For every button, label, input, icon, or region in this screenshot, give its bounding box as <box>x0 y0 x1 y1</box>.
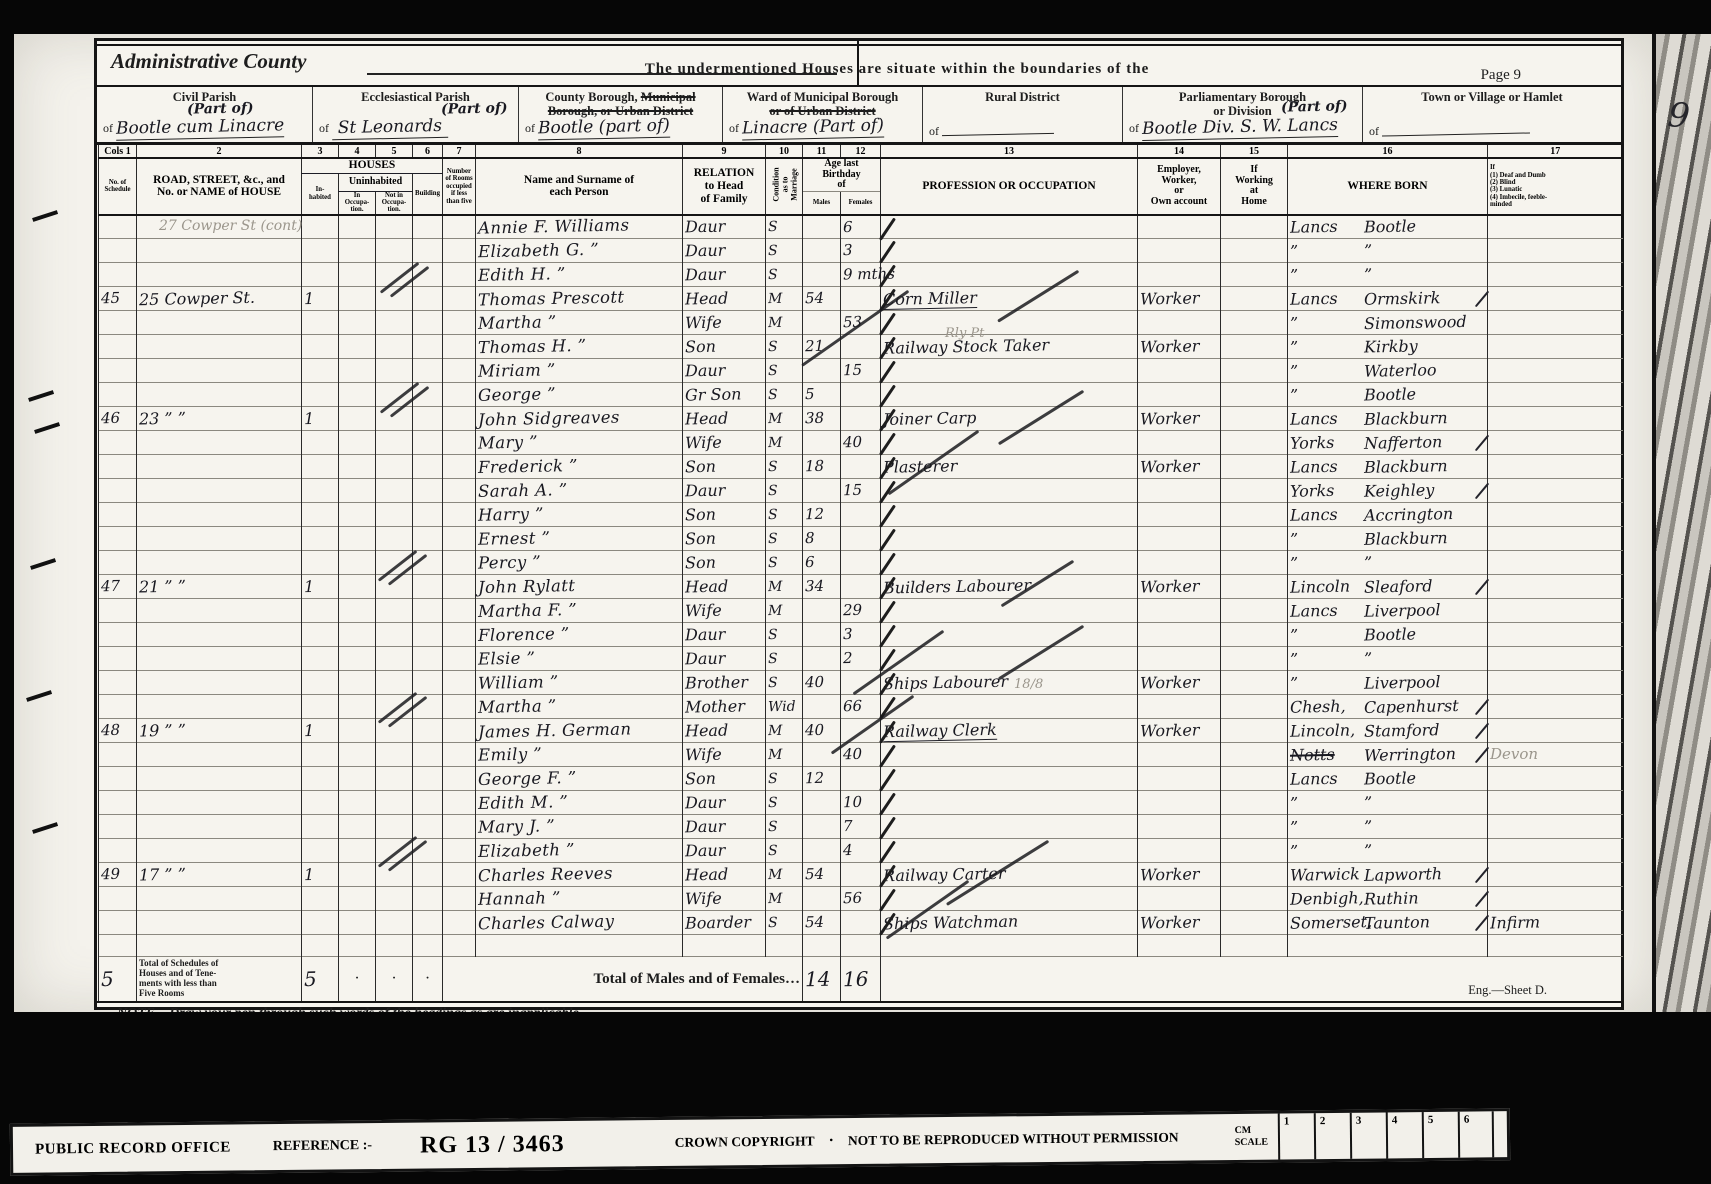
cell-schedule-no <box>99 359 137 383</box>
census-row: Harry ”SonS12LancsAccrington <box>99 503 1623 527</box>
cell-relation: Son <box>683 767 766 791</box>
cell-relation: Daur <box>683 839 766 863</box>
handwritten-entry: Florence ” <box>478 624 570 645</box>
cell-rooms <box>443 479 476 503</box>
cell-occupation <box>881 647 1138 671</box>
cell-name: Charles Calway <box>476 911 683 935</box>
handwritten-entry: S <box>768 555 778 571</box>
cell-building <box>413 791 443 815</box>
scan-right-edge <box>1652 34 1711 1012</box>
eccl-parish-value: St Leonards <box>332 117 448 140</box>
parliamentary-borough-cell: Parliamentary Borough or Division (Part … <box>1123 87 1363 142</box>
handwritten-entry: Elizabeth G. ” <box>478 240 599 262</box>
handwritten-entry: Head <box>685 408 729 428</box>
spacer-cell <box>1488 935 1623 957</box>
handwritten-entry: S <box>768 675 778 691</box>
cell-occupation: Plasterer <box>881 455 1138 479</box>
census-row: Charles CalwayBoarderS54Ships WatchmanWo… <box>99 911 1623 935</box>
cell-relation: Son <box>683 551 766 575</box>
census-row: Mary J. ”DaurS7”” <box>99 815 1623 839</box>
of-label: of <box>1129 121 1139 135</box>
handwritten-entry: Thomas Prescott <box>478 287 625 309</box>
cell-where-born: Lincoln,Stamford <box>1288 719 1488 743</box>
cell-address: 19 ” ” <box>137 719 302 743</box>
cell-schedule-no <box>99 383 137 407</box>
ward-cell: Ward of Municipal Borough or of Urban Di… <box>723 87 923 142</box>
cell-name: John Sidgreaves <box>476 407 683 431</box>
handwritten-entry: M <box>768 411 783 427</box>
handwritten-entry: 12 <box>805 505 824 523</box>
cell-address: 27 Cowper St (cont) <box>137 215 302 239</box>
cell-schedule-no <box>99 503 137 527</box>
handwritten-entry: S <box>768 843 778 859</box>
handwritten-entry: Ships Labourer <box>883 672 1008 694</box>
handwritten-entry: 25 Cowper St. <box>139 288 255 309</box>
cell-working-at-home <box>1221 911 1288 935</box>
cell-occupation <box>881 239 1138 263</box>
cell-condition: S <box>766 551 803 575</box>
town-village-label: Town or Village or Hamlet <box>1421 90 1562 104</box>
cell-uninhabited-not-occ <box>376 767 413 791</box>
cell-rooms <box>443 863 476 887</box>
handwritten-entry: ” <box>1290 360 1364 381</box>
cell-where-born: YorksNafferton <box>1288 431 1488 455</box>
handwritten-entry: Bootle <box>1364 624 1416 644</box>
ruler-segment: 5 <box>1422 1112 1458 1158</box>
cell-age-male <box>803 815 841 839</box>
cell-age-male <box>803 647 841 671</box>
header-where-born: WHERE BORN <box>1288 158 1488 215</box>
column-number: 10 <box>766 145 803 158</box>
cell-age-male: 18 <box>803 455 841 479</box>
pencil-annotation: Rly Pt <box>945 326 984 341</box>
cell-occupation <box>881 263 1138 287</box>
cell-uninhabited-not-occ <box>376 647 413 671</box>
county-borough-label: County Borough, <box>545 90 637 104</box>
cell-uninhabited-in-occ <box>339 431 376 455</box>
cell-relation: Wife <box>683 743 766 767</box>
cell-name: Percy ” <box>476 551 683 575</box>
cell-age-male <box>803 839 841 863</box>
cell-rooms <box>443 215 476 239</box>
handwritten-entry: Wife <box>685 313 722 333</box>
parl-value: Bootle Div. S. W. Lancs <box>1142 116 1338 141</box>
cell-inhabited <box>302 815 339 839</box>
cell-address <box>137 455 302 479</box>
cell-age-male: 54 <box>803 863 841 887</box>
header-admin-band: Administrative County The undermentioned… <box>97 41 1621 87</box>
census-row: 4525 Cowper St.1Thomas PrescottHeadM54Co… <box>99 287 1623 311</box>
handwritten-entry: Gr Son <box>685 384 742 404</box>
scan-artifact <box>28 390 54 401</box>
column-number: 7 <box>443 145 476 158</box>
cell-occupation <box>881 383 1138 407</box>
handwritten-entry: 17 ” ” <box>139 864 186 884</box>
cell-rooms <box>443 527 476 551</box>
cell-name: Ernest ” <box>476 527 683 551</box>
cell-building <box>413 239 443 263</box>
cell-schedule-no <box>99 887 137 911</box>
cell-building <box>413 335 443 359</box>
column-number: 11 <box>803 145 841 158</box>
column-number: 9 <box>683 145 766 158</box>
cell-condition: S <box>766 455 803 479</box>
ruler-segment: 4 <box>1386 1112 1422 1158</box>
header-not-in-occupation: Not in Occupa- tion. <box>376 191 413 215</box>
header-in-occupation: In Occupa- tion. <box>339 191 376 215</box>
handwritten-entry: ” <box>1364 841 1373 860</box>
cell-inhabited <box>302 887 339 911</box>
handwritten-entry: Percy ” <box>478 552 541 572</box>
cell-uninhabited-in-occ <box>339 887 376 911</box>
cell-infirmity <box>1488 695 1623 719</box>
census-row: William ”BrotherS40Ships Labourer18/8Wor… <box>99 671 1623 695</box>
cell-employer <box>1138 767 1221 791</box>
cell-occupation <box>881 839 1138 863</box>
cell-condition: S <box>766 647 803 671</box>
scan-artifact <box>32 210 58 221</box>
totals-left-label: Total of Schedules of Houses and of Tene… <box>137 957 302 1001</box>
cell-name: Elizabeth ” <box>476 839 683 863</box>
spacer-cell <box>413 935 443 957</box>
handwritten-entry: Daur <box>685 840 726 860</box>
cell-building <box>413 431 443 455</box>
spacer-cell <box>1288 935 1488 957</box>
cell-where-born: Somerset,Taunton <box>1288 911 1488 935</box>
cell-working-at-home <box>1221 551 1288 575</box>
cell-schedule-no <box>99 335 137 359</box>
cell-address <box>137 383 302 407</box>
cell-occupation: Railway Stock TakerRly Pt <box>881 335 1138 359</box>
cell-building <box>413 887 443 911</box>
handwritten-entry: John Sidgreaves <box>478 407 620 429</box>
cell-employer: Worker <box>1138 575 1221 599</box>
cell-employer <box>1138 599 1221 623</box>
cell-relation: Son <box>683 527 766 551</box>
handwritten-entry: 4 <box>843 841 853 859</box>
cell-relation: Wife <box>683 887 766 911</box>
spacer-cell <box>443 935 476 957</box>
handwritten-entry: 5 <box>805 385 815 403</box>
cell-address <box>137 311 302 335</box>
handwritten-entry: 38 <box>805 409 824 427</box>
cell-schedule-no <box>99 791 137 815</box>
handwritten-entry: 40 <box>843 433 862 451</box>
cell-employer <box>1138 647 1221 671</box>
header-condition: Condition as to Marriage <box>766 158 803 215</box>
cell-employer: Worker <box>1138 407 1221 431</box>
handwritten-entry: S <box>768 363 778 379</box>
cell-inhabited <box>302 599 339 623</box>
handwritten-entry: 45 <box>101 289 120 307</box>
cell-working-at-home <box>1221 527 1288 551</box>
cell-employer <box>1138 311 1221 335</box>
handwritten-entry: Keighley <box>1364 480 1435 500</box>
header-schedule-no: No. of Schedule <box>99 158 137 215</box>
cell-uninhabited-not-occ <box>376 311 413 335</box>
cell-working-at-home <box>1221 719 1288 743</box>
cell-where-born: ”Simonswood <box>1288 311 1488 335</box>
cell-where-born: WarwickLapworth <box>1288 863 1488 887</box>
cell-age-female: 56 <box>841 887 881 911</box>
cell-name: George F. ” <box>476 767 683 791</box>
cell-inhabited <box>302 335 339 359</box>
cell-working-at-home <box>1221 407 1288 431</box>
cell-age-male <box>803 431 841 455</box>
handwritten-entry: Worker <box>1140 720 1200 740</box>
handwritten-entry: Head <box>685 288 729 308</box>
handwritten-entry: 23 ” ” <box>139 408 186 428</box>
handwritten-entry: Bootle <box>1364 768 1416 788</box>
of-label: of <box>729 121 739 135</box>
cell-condition: M <box>766 431 803 455</box>
handwritten-entry: Joiner Carp <box>883 408 977 429</box>
handwritten-entry: Mary ” <box>478 432 538 452</box>
cell-building <box>413 503 443 527</box>
scanned-census-page: { "page": { "background": "#060606", "pa… <box>0 0 1711 1184</box>
cell-relation: Son <box>683 503 766 527</box>
cell-inhabited <box>302 383 339 407</box>
spacer-cell <box>1221 935 1288 957</box>
cell-where-born: ”Blackburn <box>1288 527 1488 551</box>
cell-working-at-home <box>1221 839 1288 863</box>
cell-employer: Worker <box>1138 287 1221 311</box>
cell-building <box>413 575 443 599</box>
cell-where-born: LincolnSleaford <box>1288 575 1488 599</box>
handwritten-entry: Daur <box>685 360 726 380</box>
cell-uninhabited-not-occ <box>376 215 413 239</box>
handwritten-entry: M <box>768 747 783 763</box>
census-row: Frederick ”SonS18PlastererWorkerLancsBla… <box>99 455 1623 479</box>
cell-condition: S <box>766 503 803 527</box>
cell-age-female <box>841 407 881 431</box>
cell-name: Edith H. ” <box>476 263 683 287</box>
handwritten-entry: ” <box>1290 384 1364 405</box>
handwritten-entry: S <box>768 771 778 787</box>
column-number: 13 <box>881 145 1138 158</box>
header-rooms: Number of Rooms occupied if less than fi… <box>443 158 476 215</box>
handwritten-entry: S <box>768 483 778 499</box>
handwritten-entry: ” <box>1364 649 1373 668</box>
handwritten-entry: S <box>768 219 778 235</box>
cell-age-female: 7 <box>841 815 881 839</box>
ruler-segment: 1 <box>1278 1113 1314 1159</box>
cell-employer <box>1138 815 1221 839</box>
cell-infirmity <box>1488 503 1623 527</box>
handwritten-entry: Elizabeth ” <box>478 840 575 861</box>
cell-name: Miriam ” <box>476 359 683 383</box>
handwritten-entry: M <box>768 435 783 451</box>
cell-rooms <box>443 839 476 863</box>
cell-rooms <box>443 551 476 575</box>
cell-rooms <box>443 887 476 911</box>
cell-age-male <box>803 311 841 335</box>
cell-where-born: ”Bootle <box>1288 623 1488 647</box>
cell-age-female: 40 <box>841 743 881 767</box>
handwritten-entry: ” <box>1290 816 1364 837</box>
cell-working-at-home <box>1221 335 1288 359</box>
handwritten-entry: 66 <box>843 697 862 715</box>
handwritten-entry: 1 <box>304 577 315 596</box>
county-borough-cell: County Borough, Municipal Borough, or Ur… <box>519 87 723 142</box>
handwritten-entry: Worker <box>1140 408 1200 428</box>
total-males-cell: 14 <box>803 957 841 1001</box>
cell-condition: M <box>766 743 803 767</box>
cell-infirmity <box>1488 887 1623 911</box>
handwritten-entry: 1 <box>304 721 315 740</box>
cell-employer: Worker <box>1138 455 1221 479</box>
cell-building <box>413 359 443 383</box>
column-number: 12 <box>841 145 881 158</box>
cell-uninhabited-not-occ <box>376 335 413 359</box>
cell-name: Sarah A. ” <box>476 479 683 503</box>
cell-where-born: NottsWerrington <box>1288 743 1488 767</box>
spacer-cell <box>339 935 376 957</box>
cell-infirmity <box>1488 551 1623 575</box>
handwritten-entry: ” <box>1364 817 1373 836</box>
handwritten-entry: 46 <box>101 409 120 427</box>
cell-condition: S <box>766 791 803 815</box>
cell-age-male: 6 <box>803 551 841 575</box>
census-form: Administrative County The undermentioned… <box>94 38 1624 1010</box>
cell-address: 25 Cowper St. <box>137 287 302 311</box>
table-header: Cols 1234567891011121314151617 No. of Sc… <box>99 145 1623 215</box>
header-profession: PROFESSION OR OCCUPATION <box>881 158 1138 215</box>
handwritten-entry: S <box>768 339 778 355</box>
cell-rooms <box>443 311 476 335</box>
cell-uninhabited-in-occ <box>339 551 376 575</box>
cell-relation: Wife <box>683 311 766 335</box>
handwritten-entry: ” <box>1364 241 1373 260</box>
cell-inhabited: 1 <box>302 287 339 311</box>
spacer-row <box>99 935 1623 957</box>
cell-age-female: 3 <box>841 623 881 647</box>
cell-infirmity <box>1488 359 1623 383</box>
handwritten-entry: M <box>768 579 783 595</box>
cell-rooms <box>443 599 476 623</box>
cell-schedule-no <box>99 647 137 671</box>
cell-uninhabited-not-occ <box>376 599 413 623</box>
header-name-surname: Name and Surname of each Person <box>476 158 683 215</box>
cell-schedule-no: 48 <box>99 719 137 743</box>
cell-schedule-no <box>99 743 137 767</box>
cell-rooms <box>443 287 476 311</box>
cell-age-female <box>841 671 881 695</box>
cell-where-born: ”Liverpool <box>1288 671 1488 695</box>
handwritten-entry: Son <box>685 553 716 573</box>
cell-rooms <box>443 335 476 359</box>
handwritten-entry: 1 <box>304 865 315 884</box>
cell-uninhabited-not-occ <box>376 623 413 647</box>
spacer-cell <box>841 935 881 957</box>
cell-age-female <box>841 527 881 551</box>
cell-inhabited <box>302 479 339 503</box>
cell-age-female: 10 <box>841 791 881 815</box>
header-males: Males <box>803 191 841 215</box>
cell-inhabited <box>302 527 339 551</box>
cell-building <box>413 455 443 479</box>
cell-where-born: Chesh,Capenhurst <box>1288 695 1488 719</box>
totals-dot: · <box>413 957 443 1001</box>
cell-condition: S <box>766 359 803 383</box>
cell-schedule-no <box>99 455 137 479</box>
census-row: Edith H. ”DaurS9 mths”” <box>99 263 1623 287</box>
cell-where-born: ”” <box>1288 263 1488 287</box>
header-building: Building <box>413 173 443 215</box>
handwritten-entry: Frederick ” <box>478 456 578 477</box>
handwritten-entry: Elsie ” <box>478 648 536 668</box>
cell-occupation: Ships Labourer18/8 <box>881 671 1138 695</box>
cell-building <box>413 623 443 647</box>
cell-where-born: Denbigh,Ruthin <box>1288 887 1488 911</box>
handwritten-entry: Railway Carter <box>883 864 1006 886</box>
crown-copyright-label: CROWN COPYRIGHT <box>675 1133 815 1150</box>
handwritten-entry: Worker <box>1140 336 1200 356</box>
scan-artifact <box>30 558 56 569</box>
handwritten-entry: ” <box>1364 265 1373 284</box>
cell-rooms <box>443 263 476 287</box>
cell-infirmity <box>1488 599 1623 623</box>
cell-age-male: 40 <box>803 719 841 743</box>
handwritten-entry: Lincoln, <box>1290 720 1364 741</box>
cell-occupation <box>881 791 1138 815</box>
handwritten-entry: Mother <box>685 696 745 716</box>
cell-age-male <box>803 263 841 287</box>
cell-relation: Daur <box>683 791 766 815</box>
cell-infirmity <box>1488 239 1623 263</box>
handwritten-entry: 10 <box>843 793 862 811</box>
handwritten-entry: Notts <box>1290 744 1364 765</box>
cell-occupation <box>881 743 1138 767</box>
handwritten-entry: Wife <box>685 889 722 909</box>
rural-district-value <box>942 133 1054 136</box>
cell-occupation <box>881 623 1138 647</box>
handwritten-entry: S <box>768 459 778 475</box>
handwritten-entry: S <box>768 507 778 523</box>
cell-uninhabited-in-occ <box>339 791 376 815</box>
cell-working-at-home <box>1221 311 1288 335</box>
cell-employer <box>1138 503 1221 527</box>
handwritten-entry: Head <box>685 720 729 740</box>
census-row: 4917 ” ”1Charles ReevesHeadM54Railway Ca… <box>99 863 1623 887</box>
census-row: Edith M. ”DaurS10”” <box>99 791 1623 815</box>
cell-relation: Daur <box>683 623 766 647</box>
cell-age-female: 66 <box>841 695 881 719</box>
cell-address <box>137 695 302 719</box>
cell-schedule-no <box>99 527 137 551</box>
cell-name: George ” <box>476 383 683 407</box>
scan-artifact <box>34 422 60 433</box>
margin-page-number: 9 <box>1666 95 1692 137</box>
cell-address <box>137 623 302 647</box>
cell-relation: Head <box>683 287 766 311</box>
cell-building <box>413 407 443 431</box>
cell-infirmity <box>1488 431 1623 455</box>
cell-relation: Daur <box>683 215 766 239</box>
cell-condition: S <box>766 239 803 263</box>
cell-condition: S <box>766 215 803 239</box>
cell-inhabited: 1 <box>302 719 339 743</box>
cell-relation: Daur <box>683 239 766 263</box>
handwritten-entry: Lancs <box>1290 288 1364 309</box>
census-row: 4721 ” ”1John RylattHeadM34Builders Labo… <box>99 575 1623 599</box>
cell-working-at-home <box>1221 359 1288 383</box>
handwritten-entry: Warwick <box>1290 864 1364 885</box>
cell-name: Mary J. ” <box>476 815 683 839</box>
handwritten-entry: Son <box>685 457 716 477</box>
cell-rooms <box>443 767 476 791</box>
column-number: 15 <box>1221 145 1288 158</box>
